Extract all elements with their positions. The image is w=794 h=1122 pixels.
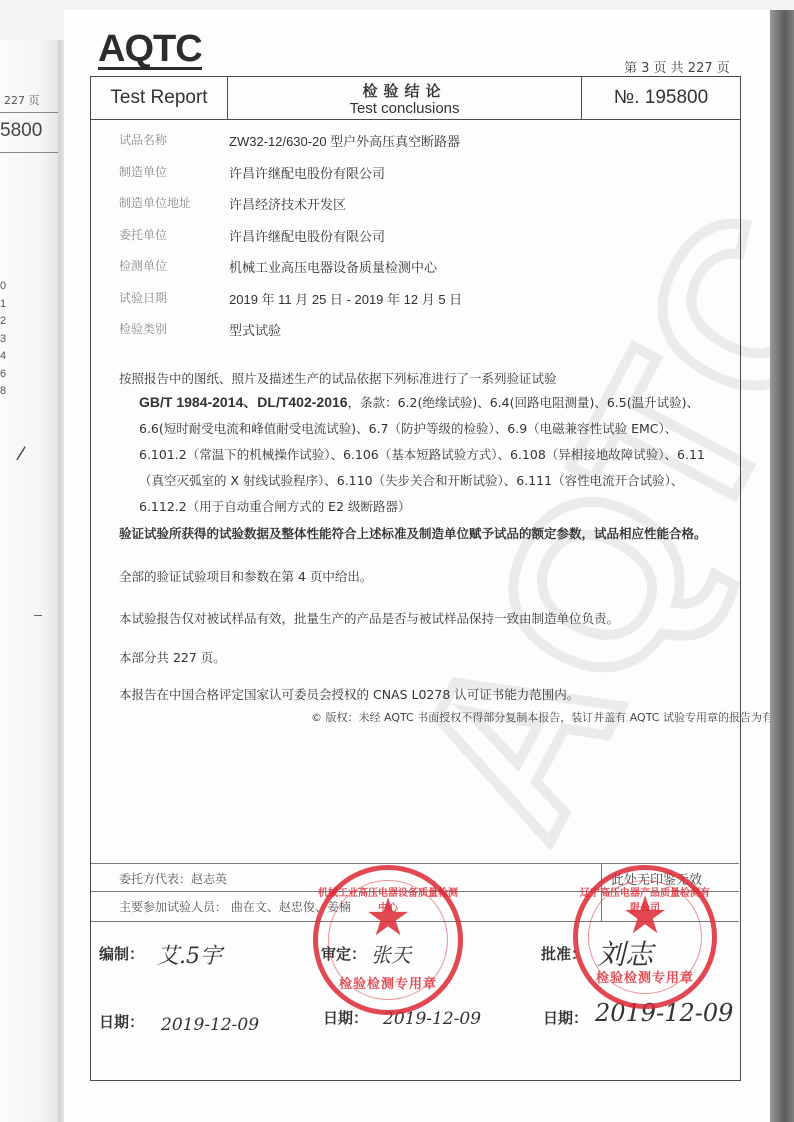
intro-text: 按照报告中的图纸、照片及描述生产的试品依据下列标准进行了一系列验证试验: [119, 369, 557, 387]
pen-mark: [34, 615, 42, 616]
stamp-bottom-text: 检验检测专用章: [318, 973, 458, 992]
star-icon: ★: [622, 890, 669, 942]
divider: [0, 112, 60, 113]
field-value: 机械工业高压电器设备质量检测中心: [229, 257, 437, 276]
field-label: 检测单位: [119, 257, 229, 276]
report-page: AQTC AQTC 第 3 页 共 227 页 Test Report 检验结论…: [64, 10, 770, 1122]
stamp-bottom-text: 检验检测专用章: [578, 967, 712, 986]
field-row: 试验日期2019 年 11 月 25 日 - 2019 年 12 月 5 日: [119, 289, 462, 308]
previous-report-number: 5800: [0, 120, 42, 142]
field-value: ZW32-12/630-20 型户外高压真空断路器: [229, 131, 460, 150]
field-label: 制造单位地址: [119, 194, 229, 213]
field-row: 委托单位许昌许继配电股份有限公司: [119, 226, 385, 245]
field-value: 许昌许继配电股份有限公司: [229, 163, 385, 182]
field-label: 制造单位: [119, 163, 229, 182]
star-icon: ★: [365, 892, 412, 944]
report-title: 检验结论 Test conclusions: [228, 77, 582, 119]
field-row: 检测单位机械工业高压电器设备质量检测中心: [119, 257, 437, 276]
test-report-label: Test Report: [91, 77, 228, 119]
compiled-signature: 艾.5宇: [157, 939, 222, 970]
previous-page-edge: 227 页 5800 0123468 /: [0, 40, 62, 1122]
compiled-date: 2019-12-09: [161, 1015, 259, 1035]
book-edge: [770, 10, 794, 1122]
accreditation-note: 本报告在中国合格评定国家认可委员会授权的 CNAS L0278 认可证书能力范围…: [119, 685, 579, 703]
field-label: 试品名称: [119, 131, 229, 150]
intro-sentence: 按照报告中的图纸、照片及描述生产的试品依据下列标准进行了一系列验证试验: [119, 371, 557, 386]
validity-note: 本试验报告仅对被试样品有效，批量生产的产品是否与被试样品保持一致由制造单位负责。: [119, 609, 619, 627]
field-row: 试品名称ZW32-12/630-20 型户外高压真空断路器: [119, 131, 460, 150]
line-number: 4: [0, 348, 6, 366]
line-number: 3: [0, 331, 6, 349]
title-cn: 检验结论: [228, 80, 581, 101]
line-number: 6: [0, 366, 6, 384]
field-label: 检验类别: [119, 320, 229, 339]
line-number: 1: [0, 296, 6, 314]
field-row: 制造单位许昌许继配电股份有限公司: [119, 163, 385, 182]
aqtc-logo: AQTC: [98, 32, 202, 70]
previous-page-counter: 227 页: [4, 92, 40, 108]
compiled-label: 编制：: [99, 943, 144, 964]
date-label: 日期：: [543, 1007, 588, 1028]
report-header: Test Report 检验结论 Test conclusions №. 195…: [90, 76, 741, 120]
line-number: 0: [0, 278, 6, 296]
previous-line-numbers: 0123468: [0, 278, 6, 401]
copyright-note: © 版权：未经 AQTC 书面授权不得部分复制本报告，装订并盖有 AQTC 试验…: [311, 709, 794, 725]
field-label: 委托单位: [119, 226, 229, 245]
report-number: №. 195800: [582, 77, 740, 119]
field-value: 型式试验: [229, 320, 281, 339]
participants: 主要参加试验人员： 曲在文、赵忠俊、姜楠: [119, 898, 351, 915]
line-number: 2: [0, 313, 6, 331]
standards-clauses: GB/T 1984-2014、DL/T402-2016，条款：6.2(绝缘试验)…: [139, 389, 719, 520]
title-en: Test conclusions: [228, 100, 581, 117]
field-value: 2019 年 11 月 25 日 - 2019 年 12 月 5 日: [229, 289, 462, 308]
items-note: 全部的验证试验项目和参数在第 4 页中给出。: [119, 567, 372, 585]
standards-names: GB/T 1984-2014、DL/T402-2016: [139, 394, 348, 410]
field-row: 检验类别型式试验: [119, 320, 281, 339]
field-label: 试验日期: [119, 289, 229, 308]
pages-note: 本部分共 227 页。: [119, 648, 226, 666]
line-number: 8: [0, 383, 6, 401]
divider: [0, 152, 60, 153]
report-body: 试品名称ZW32-12/630-20 型户外高压真空断路器制造单位许昌许继配电股…: [90, 119, 741, 1081]
field-row: 制造单位地址许昌经济技术开发区: [119, 194, 346, 213]
field-value: 许昌经济技术开发区: [229, 194, 346, 213]
inspection-stamp: 辽宁高压电器产品质量检测有限公司 ★ 检验检测专用章: [573, 865, 717, 1009]
clauses-list: ，条款：6.2(绝缘试验)、6.4(回路电阻测量)、6.5(温升试验)、6.6(…: [139, 395, 705, 514]
pen-mark: /: [15, 443, 26, 465]
conclusion-text: 验证试验所获得的试验数据及整体性能符合上述标准及制造单位赋予试品的额定参数，试品…: [119, 524, 707, 542]
page-counter: 第 3 页 共 227 页: [624, 57, 730, 76]
field-value: 许昌许继配电股份有限公司: [229, 226, 385, 245]
client-representative: 委托方代表：赵志英: [119, 870, 227, 887]
inspection-stamp: 机械工业高压电器设备质量检测中心 ★ 检验检测专用章: [313, 865, 463, 1015]
date-label: 日期：: [99, 1011, 144, 1032]
